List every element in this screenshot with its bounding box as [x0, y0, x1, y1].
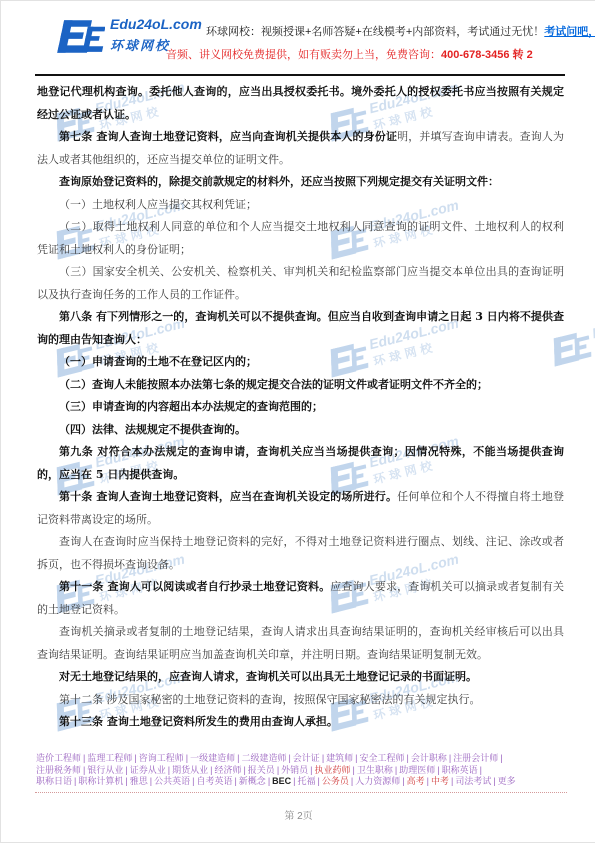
- link-separator: |: [318, 776, 320, 786]
- footer-link[interactable]: 托福: [298, 776, 316, 786]
- paragraph: 第十三条 查询土地登记资料所发生的费用由查询人承担。: [37, 711, 564, 734]
- footer-link[interactable]: 中考: [431, 776, 449, 786]
- document-body: 地登记代理机构查询。委托他人查询的，应当出具授权委托书。境外委托人的授权委托书应…: [37, 81, 564, 734]
- text-run: （三）国家安全机关、公安机关、检察机关、审判机关和纪检监察部门应当提交本单位出具…: [37, 265, 564, 301]
- link-separator: |: [150, 776, 152, 786]
- footer-link[interactable]: 助理医师: [399, 765, 435, 775]
- paragraph: 查询人在查询时应当保持土地登记资料的完好，不得对土地登记资料进行圈点、划线、注记…: [37, 531, 564, 576]
- paragraph: 第十条 查询人查询土地登记资料，应当在查询机关设定的场所进行。任何单位和个人不得…: [37, 486, 564, 531]
- link-separator: |: [451, 776, 453, 786]
- footer-link[interactable]: 职称英语: [442, 765, 478, 775]
- footer-link[interactable]: 监理工程师: [87, 753, 132, 763]
- paragraph: 第十二条 涉及国家秘密的土地登记资料的查询，按照保守国家秘密法的有关规定执行。: [37, 689, 564, 712]
- bold-text-run: 查询原始登记资料的，除提交前款规定的材料外，还应当按照下列规定提交有关证明文件：: [59, 175, 499, 188]
- link-separator: |: [500, 753, 502, 763]
- footer-link[interactable]: 经济师: [214, 765, 241, 775]
- bold-text-run: （一）申请查询的土地不在登记区内的；: [59, 355, 257, 368]
- link-separator: |: [449, 753, 451, 763]
- footer-link[interactable]: 建筑师: [326, 753, 353, 763]
- link-separator: |: [243, 765, 245, 775]
- paragraph: 第八条 有下列情形之一的，查询机关可以不提供查询。但应当自收到查询申请之日起 3…: [37, 306, 564, 351]
- bold-text-run: 对无土地登记结果的，应查询人请求，查询机关可以出具无土地登记记录的书面证明。: [59, 670, 477, 683]
- text-run: 查询机关摘录或者复制的土地登记结果，查询人请求出具查询结果证明的，查询机关经审核…: [37, 625, 564, 661]
- footer-link[interactable]: 司法考试: [455, 776, 491, 786]
- paragraph: （四）法律、法规规定不提供查询的。: [37, 419, 564, 442]
- footer-link[interactable]: 安全工程师: [360, 753, 405, 763]
- link-separator: |: [293, 776, 295, 786]
- paragraph: （三）申请查询的内容超出本办法规定的查询范围的；: [37, 396, 564, 419]
- link-separator: |: [288, 753, 290, 763]
- link-separator: |: [355, 753, 357, 763]
- footer-link[interactable]: 雅思: [130, 776, 148, 786]
- link-separator: |: [168, 765, 170, 775]
- logo-brand: Edu24oL.com: [110, 17, 202, 32]
- footer-link[interactable]: 高考: [407, 776, 425, 786]
- paragraph: 第十一条 查询人可以阅读或者自行抄录土地登记资料。应查询人要求，查询机关可以摘录…: [37, 576, 564, 621]
- paragraph: 查询原始登记资料的，除提交前款规定的材料外，还应当按照下列规定提交有关证明文件：: [37, 171, 564, 194]
- footer-link[interactable]: 外销员: [281, 765, 308, 775]
- link-separator: |: [480, 765, 482, 775]
- footer-link[interactable]: 证券从业: [130, 765, 166, 775]
- footer-links: 造价工程师|监理工程师|咨询工程师|一级建造师|二级建造师|会计证|建筑师|安全…: [35, 753, 567, 793]
- paragraph: 第九条 对符合本办法规定的查询申请，查询机关应当当场提供查询；因情况特殊，不能当…: [37, 441, 564, 486]
- link-separator: |: [322, 753, 324, 763]
- link-separator: |: [74, 776, 76, 786]
- bold-text-run: （二）查询人未能按照本办法第七条的规定提交合法的证明文件或者证明文件不齐全的；: [59, 378, 488, 391]
- link-separator: |: [192, 776, 194, 786]
- paragraph: （二）查询人未能按照本办法第七条的规定提交合法的证明文件或者证明文件不齐全的；: [37, 374, 564, 397]
- link-separator: |: [125, 765, 127, 775]
- link-separator: |: [125, 776, 127, 786]
- text-run: （一）土地权利人应当提交其权利凭证；: [59, 198, 257, 211]
- footer-link[interactable]: 二级建造师: [241, 753, 286, 763]
- exam-qa-link[interactable]: 考试问吧，有问必答: [544, 26, 595, 38]
- footer-link-row: 造价工程师|监理工程师|咨询工程师|一级建造师|二级建造师|会计证|建筑师|安全…: [35, 753, 567, 765]
- link-separator: |: [134, 753, 136, 763]
- link-separator: |: [402, 776, 404, 786]
- footer-link-row: 职称日语|职称计算机|雅思|公共英语|自考英语|新概念|BEC|托福|公务员|人…: [35, 776, 567, 788]
- footer-link[interactable]: 公共英语: [154, 776, 190, 786]
- link-separator: |: [437, 765, 439, 775]
- text-run: 第十二条 涉及国家秘密的土地登记资料的查询，按照保守国家秘密法的有关规定执行。: [59, 693, 481, 706]
- link-separator: |: [353, 765, 355, 775]
- paragraph: 第七条 查询人查询土地登记资料，应当向查询机关提供本人的身份证明，并填写查询申请…: [37, 126, 564, 171]
- bold-text-run: （四）法律、法规规定不提供查询的。: [59, 423, 246, 436]
- footer-link[interactable]: 一级建造师: [190, 753, 235, 763]
- link-separator: |: [83, 765, 85, 775]
- text-run: 查询人在查询时应当保持土地登记资料的完好，不得对土地登记资料进行圈点、划线、注记…: [37, 535, 564, 571]
- link-separator: |: [186, 753, 188, 763]
- bold-text-run: 第七条 查询人查询土地登记资料，应当向查询机关提供本人的身份证: [59, 130, 397, 143]
- link-separator: |: [395, 765, 397, 775]
- edu24ol-logo-icon: [53, 17, 105, 57]
- paragraph: （三）国家安全机关、公安机关、检察机关、审判机关和纪检监察部门应当提交本单位出具…: [37, 261, 564, 306]
- bold-text-run: （三）申请查询的内容超出本办法规定的查询范围的；: [59, 400, 323, 413]
- footer-link[interactable]: 职称日语: [36, 776, 72, 786]
- tagline-text: 环球网校：视频授课+名师答疑+在线模考+内部资料，考试通过无忧！: [206, 26, 544, 38]
- notice-text: 音频、讲义网校免费提供，如有贩卖勿上当，免费咨询：: [166, 49, 441, 61]
- link-separator: |: [407, 753, 409, 763]
- bold-text-run: 第九条 对符合本办法规定的查询申请，查询机关应当当场提供查询；因情况特殊，不能当…: [37, 445, 564, 481]
- footer-link[interactable]: 自考英语: [196, 776, 232, 786]
- footer-link-row: 注册税务师|银行从业|证券从业|期货从业|经济师|报关员|外销员|执业药师|卫生…: [35, 765, 567, 777]
- paragraph: 对无土地登记结果的，应查询人请求，查询机关可以出具无土地登记记录的书面证明。: [37, 666, 564, 689]
- footer-link[interactable]: 公务员: [322, 776, 349, 786]
- footer-link[interactable]: 卫生职称: [357, 765, 393, 775]
- footer-link[interactable]: BEC: [272, 776, 291, 786]
- watermark-brand: Edu24oL.com: [591, 305, 595, 341]
- header-tagline: 环球网校：视频授课+名师答疑+在线模考+内部资料，考试通过无忧！考试问吧，有问必…: [206, 23, 595, 39]
- document-page: Edu24oL.com环球网校Edu24oL.com环球网校Edu24oL.co…: [0, 0, 595, 843]
- bold-text-run: 第十条 查询人查询土地登记资料，应当在查询机关设定的场所进行。: [59, 490, 397, 503]
- link-separator: |: [351, 776, 353, 786]
- link-separator: |: [493, 776, 495, 786]
- text-run: （二）取得土地权利人同意的单位和个人应当提交土地权利人同意查询的证明文件、土地权…: [37, 220, 564, 256]
- phone-number: 400-678-3456 转 2: [441, 49, 533, 61]
- paragraph: 查询机关摘录或者复制的土地登记结果，查询人请求出具查询结果证明的，查询机关经审核…: [37, 621, 564, 666]
- link-separator: |: [234, 776, 236, 786]
- footer-link[interactable]: 新概念: [239, 776, 266, 786]
- footer-link[interactable]: 人力资源师: [355, 776, 400, 786]
- footer-link[interactable]: 注册税务师: [36, 765, 81, 775]
- footer-link[interactable]: 注册会计师: [453, 753, 498, 763]
- footer-link[interactable]: 银行从业: [87, 765, 123, 775]
- bold-text-run: 第十一条 查询人可以阅读或者自行抄录土地登记资料。: [59, 580, 330, 593]
- header-notice: 音频、讲义网校免费提供，如有贩卖勿上当，免费咨询：400-678-3456 转 …: [166, 46, 533, 62]
- paragraph: （一）申请查询的土地不在登记区内的；: [37, 351, 564, 374]
- bold-text-run: 第十三条 查询土地登记资料所发生的费用由查询人承担。: [59, 715, 338, 728]
- header-divider: [35, 74, 565, 76]
- bold-text-run: 第八条 有下列情形之一的，查询机关可以不提供查询。但应当自收到查询申请之日起 3…: [37, 310, 564, 346]
- footer-link[interactable]: 会计证: [293, 753, 320, 763]
- bold-text-run: 地登记代理机构查询。委托他人查询的，应当出具授权委托书。境外委托人的授权委托书应…: [37, 85, 564, 121]
- paragraph: 地登记代理机构查询。委托他人查询的，应当出具授权委托书。境外委托人的授权委托书应…: [37, 81, 564, 126]
- paragraph: （一）土地权利人应当提交其权利凭证；: [37, 194, 564, 217]
- link-separator: |: [83, 753, 85, 763]
- footer-link[interactable]: 执业药师: [315, 765, 351, 775]
- footer-link[interactable]: 报关员: [248, 765, 275, 775]
- link-separator: |: [310, 765, 312, 775]
- footer-link[interactable]: 更多: [498, 776, 516, 786]
- link-separator: |: [237, 753, 239, 763]
- footer-link[interactable]: 造价工程师: [36, 753, 81, 763]
- paragraph: （二）取得土地权利人同意的单位和个人应当提交土地权利人同意查询的证明文件、土地权…: [37, 216, 564, 261]
- link-separator: |: [427, 776, 429, 786]
- footer-link[interactable]: 期货从业: [172, 765, 208, 775]
- page-number: 第 2页: [1, 807, 595, 822]
- link-separator: |: [268, 776, 270, 786]
- footer-link[interactable]: 会计职称: [411, 753, 447, 763]
- footer-link[interactable]: 咨询工程师: [139, 753, 184, 763]
- link-separator: |: [210, 765, 212, 775]
- link-separator: |: [277, 765, 279, 775]
- footer-link[interactable]: 职称计算机: [78, 776, 123, 786]
